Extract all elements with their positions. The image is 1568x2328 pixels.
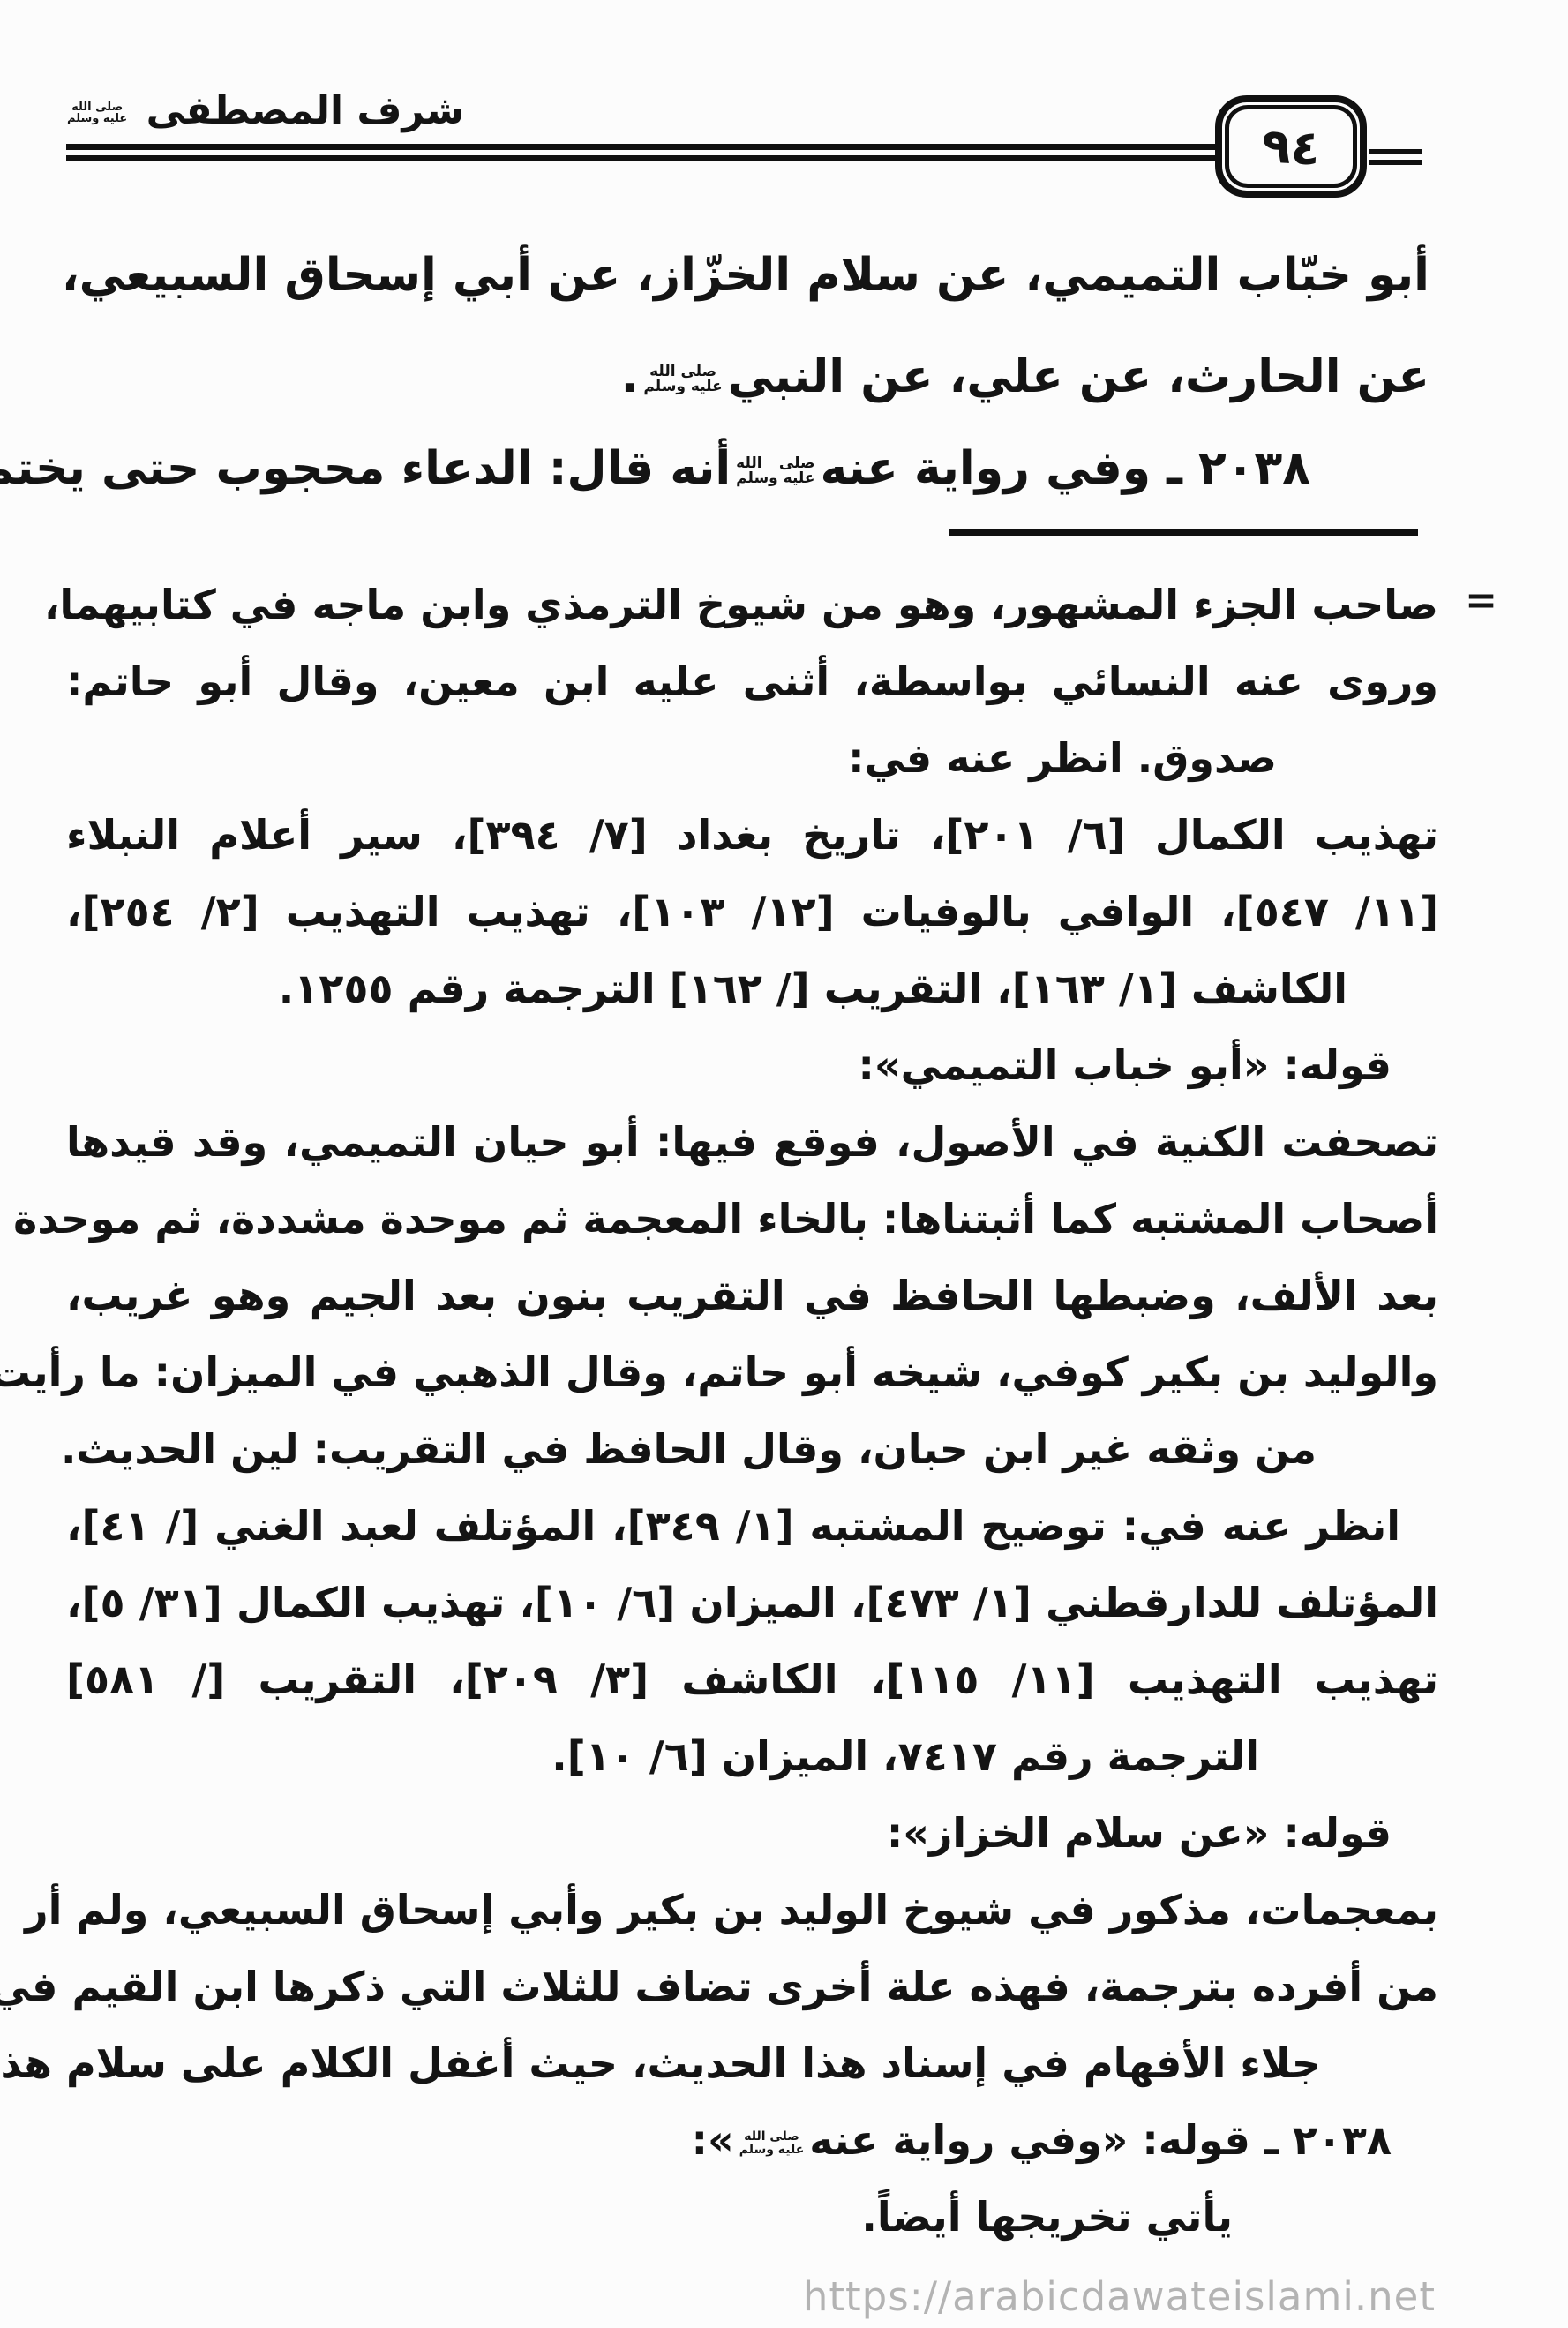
book-title-text: شرف المصطفى xyxy=(146,88,465,133)
footnote-lemma-line: ٢٠٣٨ ـ قوله: «وفي رواية عنهصلى اللهعليه … xyxy=(692,2102,1392,2179)
footnote-citation-line: المؤتلف للدارقطني [١/ ٤٧٣]، الميزان [٦/ … xyxy=(66,1565,1438,1641)
scanned-book-page: شرف المصطفى صلى اللهعليه وسلم ٩٤ أبو خبّ… xyxy=(0,0,1568,2328)
footnote-line: جلاء الأفهام في إسناد هذا الحديث، حيث أغ… xyxy=(0,2025,1321,2102)
footnote-line: من وثقه غير ابن حبان، وقال الحافظ في الت… xyxy=(61,1411,1317,1488)
saw-icon: صلى اللهعليه وسلم xyxy=(736,456,814,487)
saw-icon: صلى اللهعليه وسلم xyxy=(643,364,722,395)
saw-icon: صلى اللهعليه وسلم xyxy=(67,101,127,125)
footnote-citation-line: انظر عنه في: توضيح المشتبه [١/ ٣٤٩]، الم… xyxy=(66,1488,1400,1565)
footnote-line: تصحفت الكنية في الأصول، فوقع فيها: أبو ح… xyxy=(66,1104,1438,1181)
footnote-line: صدوق. انظر عنه في: xyxy=(848,720,1277,797)
footnote-citation-line: تهذيب التهذيب [١١/ ١١٥]، الكاشف [٣/ ٢٠٩]… xyxy=(66,1641,1438,1718)
footnote-line: وروى عنه النسائي بواسطة، أثنى عليه ابن م… xyxy=(66,643,1438,720)
header-rule-stub-top xyxy=(1369,149,1422,154)
watermark: https://arabicdawateislami.net xyxy=(803,2273,1436,2320)
footnote-line: بمعجمات، مذكور في شيوخ الوليد بن بكير وأ… xyxy=(66,1872,1438,1949)
footnote-citation-line: تهذيب الكمال [٦/ ٢٠١]، تاريخ بغداد [٧/ ٣… xyxy=(66,797,1438,874)
saw-icon: صلى اللهعليه وسلم xyxy=(739,2130,805,2156)
footnote-citation-line: الترجمة رقم ٧٤١٧، الميزان [٦/ ١٠]. xyxy=(551,1718,1259,1795)
footnote-citation-line: [١١/ ٥٤٧]، الوافي بالوفيات [١٢/ ١٠٣]، ته… xyxy=(66,874,1438,950)
footnote-citation-line: الكاشف [١/ ١٦٣]، التقريب [/ ١٦٢] الترجمة… xyxy=(279,950,1347,1027)
hadith-2038-line: ٢٠٣٨ ـ وفي رواية عنهصلى اللهعليه وسلمأنه… xyxy=(66,429,1310,508)
footnote-line: من أفرده بترجمة، فهذه علة أخرى تضاف للثل… xyxy=(66,1949,1438,2025)
header-rule-stub-bottom xyxy=(1369,160,1422,165)
header-rule-bottom xyxy=(66,155,1215,161)
footnote-line: يأتي تخريجها أيضاً. xyxy=(861,2179,1233,2256)
footnote-line: صاحب الجزء المشهور، وهو من شيوخ الترمذي … xyxy=(66,567,1438,643)
isnad-line-1: أبو خبّاب التميمي، عن سلام الخزّاز، عن أ… xyxy=(66,231,1429,319)
header-rule-top xyxy=(66,144,1215,150)
footnote-line: أصحاب المشتبه كما أثبتناها: بالخاء المعج… xyxy=(66,1181,1438,1258)
page-number-box: ٩٤ xyxy=(1215,95,1367,198)
footnote-lemma-line: قوله: «أبو خباب التميمي»: xyxy=(858,1027,1392,1104)
footnote-separator xyxy=(949,529,1418,536)
footnote-continuation-mark: = xyxy=(1465,578,1497,623)
footnote-line: بعد الألف، وضبطها الحافظ في التقريب بنون… xyxy=(66,1258,1438,1334)
page-number-inner-frame: ٩٤ xyxy=(1225,105,1357,188)
page-number: ٩٤ xyxy=(1260,117,1321,176)
book-title: شرف المصطفى صلى اللهعليه وسلم xyxy=(62,83,464,139)
footnote-line: والوليد بن بكير كوفي، شيخه أبو حاتم، وقا… xyxy=(66,1334,1438,1411)
footnote-lemma-line: قوله: «عن سلام الخزاز»: xyxy=(887,1795,1392,1872)
isnad-line-2: عن الحارث، عن علي، عن النبيصلى اللهعليه … xyxy=(621,328,1429,425)
